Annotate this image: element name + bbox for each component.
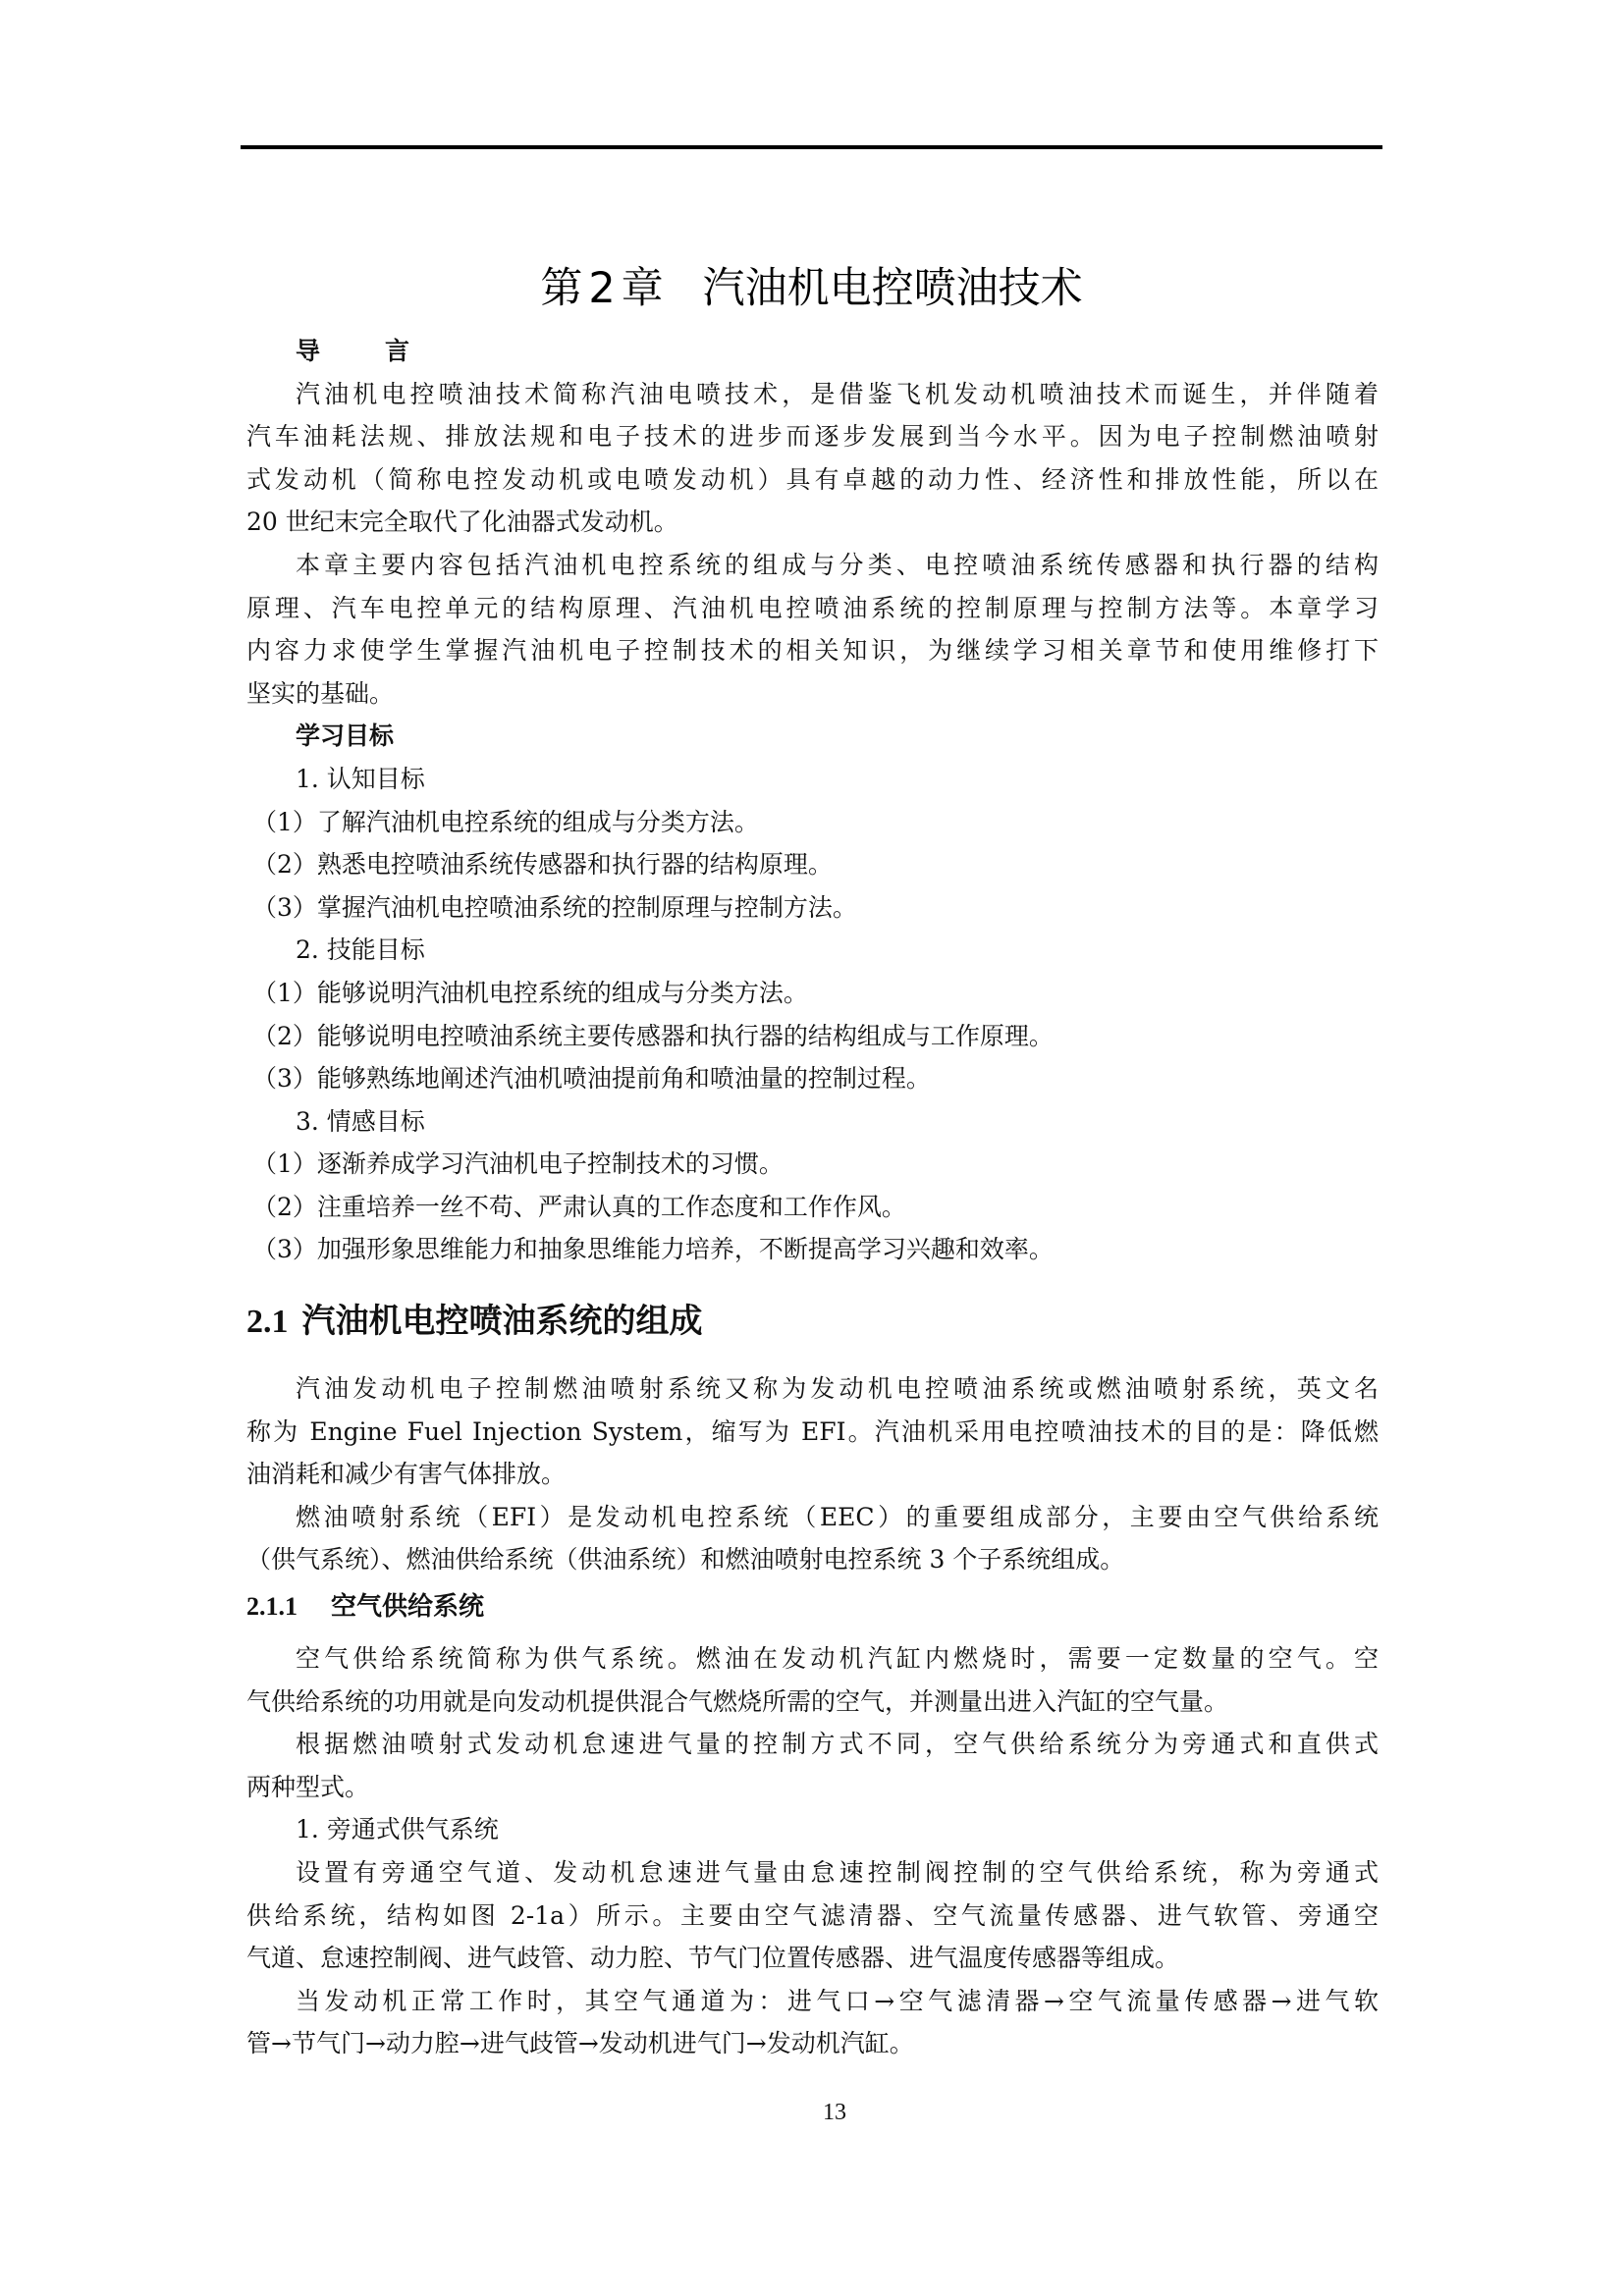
- objective-group-affective: 3. 情感目标 （1）逐渐养成学习汽油机电子控制技术的习惯。 （2）注重培养一丝…: [246, 1100, 1379, 1271]
- page-number: 13: [785, 2097, 884, 2128]
- text-line: 油消耗和减少有害气体排放。: [246, 1453, 1379, 1496]
- text-line: 本章主要内容包括汽油机电控系统的组成与分类、电控喷油系统传感器和执行器的结构: [246, 544, 1379, 587]
- objectives-heading: 学习目标: [246, 715, 1379, 758]
- text-line: 汽油发动机电子控制燃油喷射系统又称为发动机电控喷油系统或燃油喷射系统，英文名: [246, 1367, 1379, 1411]
- text-line: 根据燃油喷射式发动机怠速进气量的控制方式不同，空气供给系统分为旁通式和直供式: [246, 1723, 1379, 1766]
- text-line: 汽车油耗法规、排放法规和电子技术的进步而逐步发展到当今水平。因为电子控制燃油喷射: [246, 415, 1379, 458]
- text-line: 当发动机正常工作时，其空气通道为：进气口→空气滤清器→空气流量传感器→进气软: [246, 1980, 1379, 2023]
- chapter-title-text: 汽油机电控喷油技术: [703, 264, 1083, 313]
- text-line: 燃油喷射系统（EFI）是发动机电控系统（EEC）的重要组成部分，主要由空气供给系…: [246, 1496, 1379, 1539]
- intro-paragraph-2: 本章主要内容包括汽油机电控系统的组成与分类、电控喷油系统传感器和执行器的结构 原…: [246, 544, 1379, 715]
- text-line: 汽油机电控喷油技术简称汽油电喷技术，是借鉴飞机发动机喷油技术而诞生，并伴随着: [246, 373, 1379, 416]
- objective-group-title: 3. 情感目标: [246, 1100, 1379, 1144]
- objective-item: （3）加强形象思维能力和抽象思维能力培养，不断提高学习兴趣和效率。: [246, 1228, 1379, 1271]
- chapter-prefix: 第: [540, 264, 582, 313]
- objective-group-cognitive: 1. 认知目标 （1）了解汽油机电控系统的组成与分类方法。 （2）熟悉电控喷油系…: [246, 758, 1379, 929]
- section-2-1-paragraph-2: 燃油喷射系统（EFI）是发动机电控系统（EEC）的重要组成部分，主要由空气供给系…: [246, 1496, 1379, 1581]
- chapter-suffix: 章: [622, 264, 664, 313]
- objective-item: （1）逐渐养成学习汽油机电子控制技术的习惯。: [246, 1143, 1379, 1186]
- objective-group-skills: 2. 技能目标 （1）能够说明汽油机电控系统的组成与分类方法。 （2）能够说明电…: [246, 929, 1379, 1099]
- text-line: 管→节气门→动力腔→进气歧管→发动机进气门→发动机汽缸。: [246, 2022, 1379, 2065]
- objective-item: （1）能够说明汽油机电控系统的组成与分类方法。: [246, 972, 1379, 1015]
- intro-heading: 导言: [246, 330, 1379, 373]
- text-line: 供给系统，结构如图 2-1a）所示。主要由空气滤清器、空气流量传感器、进气软管、…: [246, 1895, 1379, 1938]
- section-2-1-1-paragraph-1: 空气供给系统简称为供气系统。燃油在发动机汽缸内燃烧时，需要一定数量的空气。空 气…: [246, 1637, 1379, 1723]
- objective-item: （2）熟悉电控喷油系统传感器和执行器的结构原理。: [246, 843, 1379, 886]
- document-page: 第2章汽油机电控喷油技术 导言 汽油机电控喷油技术简称汽油电喷技术，是借鉴飞机发…: [0, 0, 1624, 2296]
- section-number: 2.1.1: [246, 1592, 298, 1621]
- subheading-bypass-air-supply: 1. 旁通式供气系统: [246, 1808, 1379, 1851]
- chapter-number: 2: [588, 264, 615, 313]
- objective-group-title: 2. 技能目标: [246, 929, 1379, 972]
- section-2-1-1-paragraph-3: 设置有旁通空气道、发动机怠速进气量由怠速控制阀控制的空气供给系统，称为旁通式 供…: [246, 1851, 1379, 1980]
- text-line: 坚实的基础。: [246, 672, 1379, 716]
- section-heading-2-1: 2.1汽油机电控喷油系统的组成: [246, 1298, 703, 1347]
- section-2-1-1-paragraph-2: 根据燃油喷射式发动机怠速进气量的控制方式不同，空气供给系统分为旁通式和直供式 两…: [246, 1723, 1379, 1808]
- intro-paragraph-1: 汽油机电控喷油技术简称汽油电喷技术，是借鉴飞机发动机喷油技术而诞生，并伴随着 汽…: [246, 373, 1379, 544]
- objective-item: （3）能够熟练地阐述汽油机喷油提前角和喷油量的控制过程。: [246, 1057, 1379, 1100]
- text-line: 称为 Engine Fuel Injection System，缩写为 EFI。…: [246, 1411, 1379, 1454]
- objective-item: （3）掌握汽油机电控喷油系统的控制原理与控制方法。: [246, 886, 1379, 930]
- objective-item: （2）能够说明电控喷油系统主要传感器和执行器的结构组成与工作原理。: [246, 1015, 1379, 1058]
- section-heading-2-1-1: 2.1.1空气供给系统: [246, 1587, 484, 1627]
- section-title: 汽油机电控喷油系统的组成: [302, 1304, 703, 1340]
- text-line: 气道、怠速控制阀、进气歧管、动力腔、节气门位置传感器、进气温度传感器等组成。: [246, 1937, 1379, 1980]
- section-2-1-1-body: 空气供给系统简称为供气系统。燃油在发动机汽缸内燃烧时，需要一定数量的空气。空 气…: [246, 1637, 1379, 2065]
- chapter-title: 第2章汽油机电控喷油技术: [241, 261, 1382, 316]
- section-number: 2.1: [246, 1304, 289, 1340]
- text-line: 设置有旁通空气道、发动机怠速进气量由怠速控制阀控制的空气供给系统，称为旁通式: [246, 1851, 1379, 1895]
- text-line: （供气系统）、燃油供给系统（供油系统）和燃油喷射电控系统 3 个子系统组成。: [246, 1538, 1379, 1581]
- objective-group-title: 1. 认知目标: [246, 758, 1379, 801]
- section-title: 空气供给系统: [331, 1592, 484, 1621]
- text-line: 20 世纪末完全取代了化油器式发动机。: [246, 501, 1379, 544]
- text-line: 式发动机（简称电控发动机或电喷发动机）具有卓越的动力性、经济性和排放性能，所以在: [246, 458, 1379, 502]
- text-line: 气供给系统的功用就是向发动机提供混合气燃烧所需的空气，并测量出进入汽缸的空气量。: [246, 1681, 1379, 1724]
- objective-item: （1）了解汽油机电控系统的组成与分类方法。: [246, 801, 1379, 844]
- objective-item: （2）注重培养一丝不苟、严肃认真的工作态度和工作作风。: [246, 1186, 1379, 1229]
- text-line: 空气供给系统简称为供气系统。燃油在发动机汽缸内燃烧时，需要一定数量的空气。空: [246, 1637, 1379, 1681]
- intro-column: 导言 汽油机电控喷油技术简称汽油电喷技术，是借鉴飞机发动机喷油技术而诞生，并伴随…: [246, 330, 1379, 1271]
- text-line: 内容力求使学生掌握汽油机电子控制技术的相关知识，为继续学习相关章节和使用维修打下: [246, 629, 1379, 672]
- text-line: 两种型式。: [246, 1766, 1379, 1809]
- header-rule: [241, 145, 1382, 149]
- section-2-1-paragraph-1: 汽油发动机电子控制燃油喷射系统又称为发动机电控喷油系统或燃油喷射系统，英文名 称…: [246, 1367, 1379, 1496]
- section-2-1-body: 汽油发动机电子控制燃油喷射系统又称为发动机电控喷油系统或燃油喷射系统，英文名 称…: [246, 1367, 1379, 1581]
- section-2-1-1-paragraph-4: 当发动机正常工作时，其空气通道为：进气口→空气滤清器→空气流量传感器→进气软 管…: [246, 1980, 1379, 2065]
- text-line: 原理、汽车电控单元的结构原理、汽油机电控喷油系统的控制原理与控制方法等。本章学习: [246, 587, 1379, 630]
